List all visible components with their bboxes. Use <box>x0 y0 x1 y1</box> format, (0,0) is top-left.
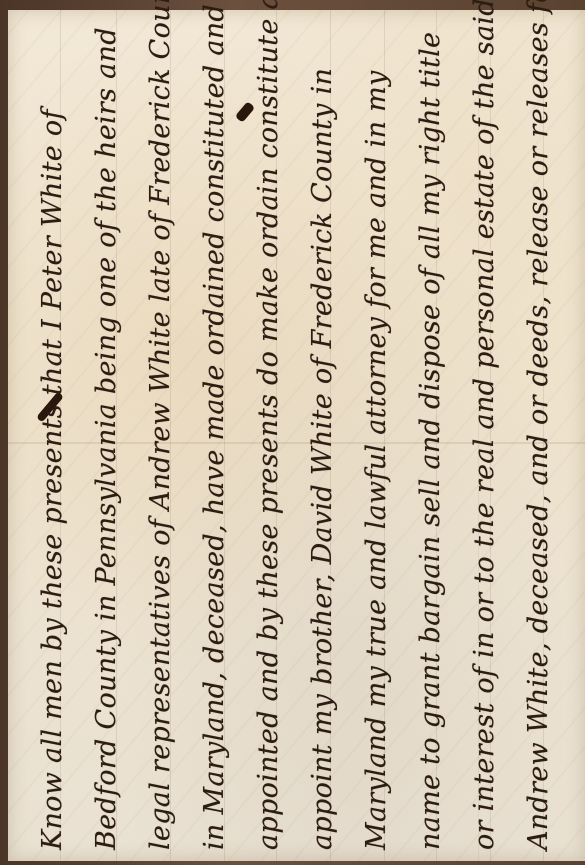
document-line-1: Know all men by these presents that I Pe… <box>30 0 76 850</box>
document-line-2: Bedford County in Pennsylvania being one… <box>84 0 130 850</box>
document-line-5: appointed and by these presents do make … <box>246 0 292 850</box>
document-line-4: in Maryland, deceased, have made ordaine… <box>192 0 238 850</box>
document-line-6: appoint my brother, David White of Frede… <box>300 0 346 850</box>
document-line-7: Maryland my true and lawful attorney for… <box>354 0 400 850</box>
document-line-8: name to grant bargain sell and dispose o… <box>408 0 454 850</box>
document-page: Know all men by these presents that I Pe… <box>8 10 585 861</box>
document-line-9: or interest of in or to the real and per… <box>462 0 508 850</box>
document-line-3: legal representatives of Andrew White la… <box>138 0 184 850</box>
document-line-10: Andrew White, deceased, and or deeds, re… <box>516 0 562 850</box>
